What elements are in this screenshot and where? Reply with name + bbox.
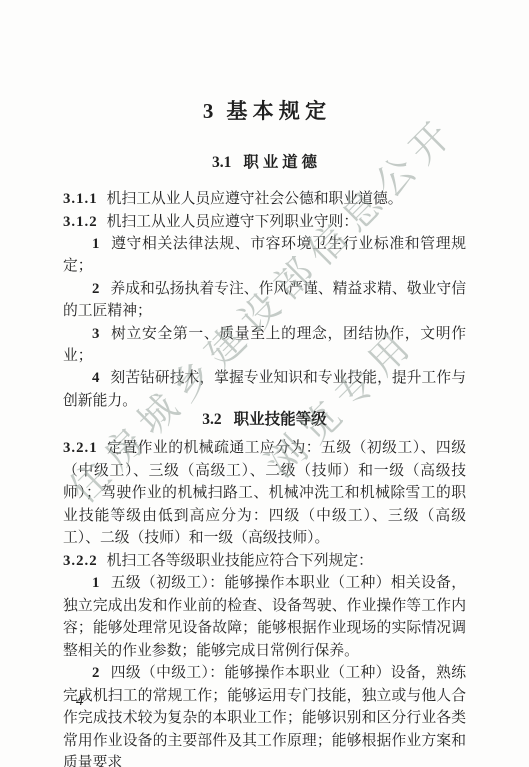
- list-item-4: 4刻苦钻研技术，掌握专业知识和专业技能，提升工作与创新能力。: [63, 367, 466, 412]
- item-number: 4: [92, 370, 99, 386]
- item-text: 树立安全第一、质量至上的理念，团结协作，文明作业；: [63, 326, 466, 364]
- list-item-2: 2养成和弘扬执着专注、作风严谨、精益求精、敬业守信的工匠精神；: [63, 278, 466, 323]
- chapter-number: 3: [203, 99, 214, 123]
- section-number: 3.2: [202, 411, 221, 428]
- clause-text: 机扫工从业人员应遵守下列职业守则：: [107, 214, 359, 230]
- item-number: 1: [92, 236, 99, 252]
- page-number: 4: [76, 693, 84, 710]
- item-number: 2: [92, 281, 99, 297]
- section-3-2-body: 3.2.1定置作业的机械疏通工应分为：五级（初级工）、四级（中级工）、三级（高级…: [63, 437, 466, 767]
- clause-number: 3.2.1: [63, 440, 98, 456]
- clause-3-1-2: 3.1.2机扫工从业人员应遵守下列职业守则：: [63, 211, 466, 233]
- chapter-title: 3基 本 规 定: [63, 0, 466, 123]
- list-item-1: 1五级（初级工）：能够操作本职业（工种）相关设备，独立完成出发和作业前的检查、设…: [63, 572, 466, 662]
- list-item-3: 3树立安全第一、质量至上的理念，团结协作，文明作业；: [63, 323, 466, 368]
- clause-number: 3.1.1: [63, 191, 98, 207]
- section-heading-text: 职 业 道 德: [243, 154, 317, 171]
- list-item-2: 2四级（中级工）：能够操作本职业（工种）设备，熟练完成机扫工的常规工作；能够运用…: [63, 662, 466, 767]
- item-text: 刻苦钻研技术，掌握专业知识和专业技能，提升工作与创新能力。: [63, 370, 466, 408]
- section-heading-3-2: 3.2职业技能等级: [63, 410, 466, 429]
- item-text: 五级（初级工）：能够操作本职业（工种）相关设备，独立完成出发和作业前的检查、设备…: [63, 575, 466, 659]
- item-text: 四级（中级工）：能够操作本职业（工种）设备，熟练完成机扫工的常规工作；能够运用专…: [63, 665, 466, 767]
- clause-number: 3.2.2: [63, 553, 98, 569]
- clause-text: 机扫工各等级职业技能应符合下列规定：: [107, 553, 373, 569]
- clause-text: 机扫工从业人员应遵守社会公德和职业道德。: [107, 191, 403, 207]
- document-page: 3基 本 规 定 3.1职 业 道 德 3.1.1机扫工从业人员应遵守社会公德和…: [0, 0, 529, 767]
- item-text: 养成和弘扬执着专注、作风严谨、精益求精、敬业守信的工匠精神；: [63, 281, 466, 319]
- section-number: 3.1: [212, 154, 231, 171]
- chapter-title-text: 基 本 规 定: [226, 99, 326, 123]
- section-heading-text: 职业技能等级: [234, 411, 327, 428]
- clause-3-2-1: 3.2.1定置作业的机械疏通工应分为：五级（初级工）、四级（中级工）、三级（高级…: [63, 437, 466, 550]
- item-number: 3: [92, 326, 99, 342]
- clause-number: 3.1.2: [63, 214, 98, 230]
- clause-3-1-1: 3.1.1机扫工从业人员应遵守社会公德和职业道德。: [63, 188, 466, 210]
- section-heading-3-1: 3.1职 业 道 德: [63, 153, 466, 172]
- clause-text: 定置作业的机械疏通工应分为：五级（初级工）、四级（中级工）、三级（高级工）、二级…: [63, 440, 466, 546]
- section-3-1-body: 3.1.1机扫工从业人员应遵守社会公德和职业道德。 3.1.2机扫工从业人员应遵…: [63, 188, 466, 412]
- page-content: 3基 本 规 定 3.1职 业 道 德 3.1.1机扫工从业人员应遵守社会公德和…: [0, 0, 529, 767]
- list-item-1: 1遵守相关法律法规、市容环境卫生行业标准和管理规定；: [63, 233, 466, 278]
- item-number: 2: [92, 665, 99, 681]
- clause-3-2-2: 3.2.2机扫工各等级职业技能应符合下列规定：: [63, 550, 466, 573]
- item-text: 遵守相关法律法规、市容环境卫生行业标准和管理规定；: [63, 236, 466, 274]
- item-number: 1: [92, 575, 99, 591]
